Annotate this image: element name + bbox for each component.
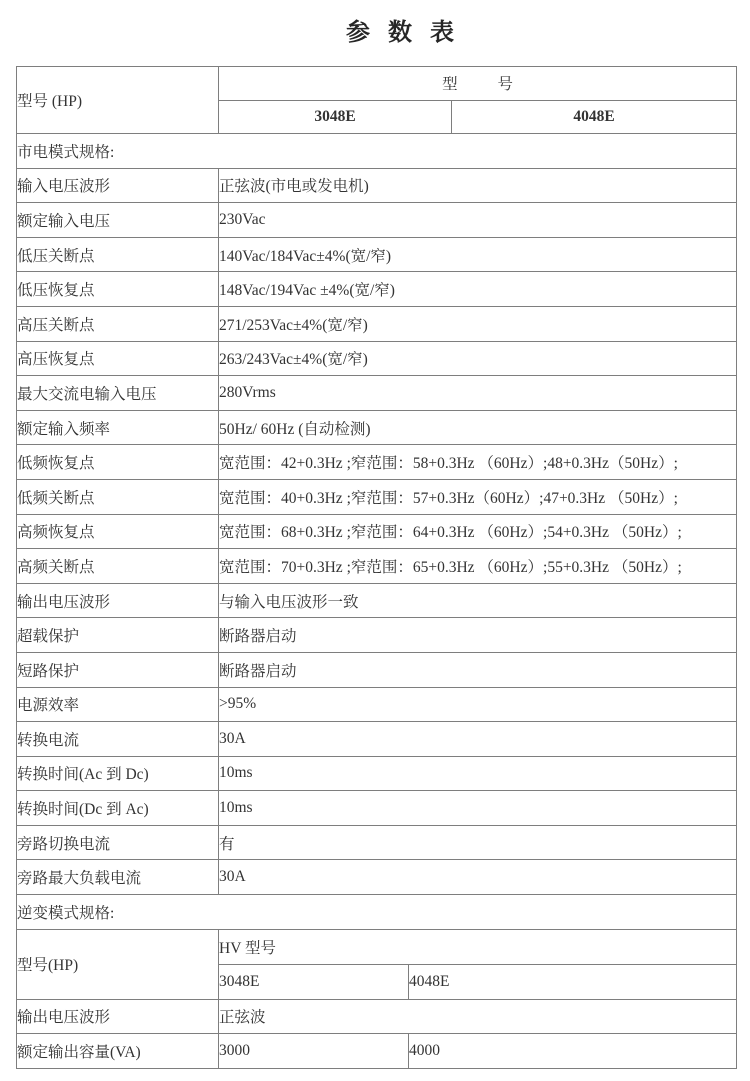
table-row: 输入电压波形 正弦波(市电或发电机) (17, 168, 737, 203)
table-row: 旁路最大负载电流 30A (17, 860, 737, 895)
spec-value-cell: 30A (219, 722, 737, 757)
spec-value-cell: 280Vrms (219, 376, 737, 411)
spec-value-cell: 148Vac/194Vac ±4%(宽/窄) (219, 272, 737, 307)
spec-label-cell: 旁路最大负载电流 (17, 860, 219, 895)
spec-label-cell: 短路保护 (17, 652, 219, 687)
spec-label-cell: 输入电压波形 (17, 168, 219, 203)
spec-label-cell: 转换电流 (17, 722, 219, 757)
table-row: 低频恢复点 宽范围：42+0.3Hz ;窄范围：58+0.3Hz （60Hz）;… (17, 445, 737, 480)
spec-value-cell: 50Hz/ 60Hz (自动检测) (219, 410, 737, 445)
spec-value-cell: 正弦波(市电或发电机) (219, 168, 737, 203)
section-heading-cell: 逆变模式规格: (17, 895, 737, 930)
table-row: 高压关断点 271/253Vac±4%(宽/窄) (17, 306, 737, 341)
spec-value-cell: >95% (219, 687, 737, 722)
spec-label-cell: 额定输入频率 (17, 410, 219, 445)
table-header-row: 型号 (HP) 型 号 (17, 67, 737, 101)
table-row: 转换时间(Dc 到 Ac) 10ms (17, 791, 737, 826)
spec-value-cell: 140Vac/184Vac±4%(宽/窄) (219, 237, 737, 272)
table-row: 最大交流电输入电压 280Vrms (17, 376, 737, 411)
table-row: 低频关断点 宽范围：40+0.3Hz ;窄范围：57+0.3Hz（60Hz）;4… (17, 479, 737, 514)
table-row: 型号(HP) HV 型号 (17, 929, 737, 964)
spec-label-cell: 额定输出容量(VA) (17, 1034, 219, 1069)
spec-value-cell: 宽范围：70+0.3Hz ;窄范围：65+0.3Hz （60Hz）;55+0.3… (219, 549, 737, 584)
spec-label-cell: 输出电压波形 (17, 999, 219, 1034)
model-row-label-cell: 型号(HP) (17, 929, 219, 999)
spec-label-cell: 转换时间(Ac 到 Dc) (17, 756, 219, 791)
spec-label-cell: 旁路切换电流 (17, 825, 219, 860)
table-row: 转换时间(Ac 到 Dc) 10ms (17, 756, 737, 791)
spec-label-cell: 输出电压波形 (17, 583, 219, 618)
spec-label-cell: 低频关断点 (17, 479, 219, 514)
table-row: 高频关断点 宽范围：70+0.3Hz ;窄范围：65+0.3Hz （60Hz）;… (17, 549, 737, 584)
table-row: 超载保护 断路器启动 (17, 618, 737, 653)
page-title: 参 数 表 (0, 12, 750, 47)
hv-model-header-cell: HV 型号 (219, 929, 737, 964)
spec-label-cell: 最大交流电输入电压 (17, 376, 219, 411)
spec-value-cell: 230Vac (219, 203, 737, 238)
spec-label-cell: 高压恢复点 (17, 341, 219, 376)
spec-label-cell: 低频恢复点 (17, 445, 219, 480)
section-heading-cell: 市电模式规格: (17, 134, 737, 169)
table-row: 高频恢复点 宽范围：68+0.3Hz ;窄范围：64+0.3Hz （60Hz）;… (17, 514, 737, 549)
table-row: 输出电压波形 与输入电压波形一致 (17, 583, 737, 618)
document-page: 参 数 表 型号 (HP) 型 号 3048E 4048E 市电模式规格: 输入… (0, 0, 750, 1081)
spec-label-cell: 额定输入电压 (17, 203, 219, 238)
spec-value-cell: 与输入电压波形一致 (219, 583, 737, 618)
table-row: 转换电流 30A (17, 722, 737, 757)
spec-value-cell: 宽范围：42+0.3Hz ;窄范围：58+0.3Hz （60Hz）;48+0.3… (219, 445, 737, 480)
spec-value-cell: 正弦波 (219, 999, 737, 1034)
spec-value-cell: 宽范围：40+0.3Hz ;窄范围：57+0.3Hz（60Hz）;47+0.3H… (219, 479, 737, 514)
spec-value-cell: 断路器启动 (219, 618, 737, 653)
spec-value-cell: 10ms (219, 756, 737, 791)
spec-value-cell: 断路器启动 (219, 652, 737, 687)
model-name-cell: 3048E (219, 100, 452, 134)
spec-value-cell: 宽范围：68+0.3Hz ;窄范围：64+0.3Hz （60Hz）;54+0.3… (219, 514, 737, 549)
spec-label-cell: 电源效率 (17, 687, 219, 722)
spec-value-cell: 263/243Vac±4%(宽/窄) (219, 341, 737, 376)
spec-table: 型号 (HP) 型 号 3048E 4048E 市电模式规格: 输入电压波形 正… (16, 66, 737, 1069)
spec-value-cell: 3000 (219, 1034, 409, 1069)
table-row: 旁路切换电流 有 (17, 825, 737, 860)
table-row: 额定输入频率 50Hz/ 60Hz (自动检测) (17, 410, 737, 445)
table-row: 低压关断点 140Vac/184Vac±4%(宽/窄) (17, 237, 737, 272)
spec-label-cell: 高频恢复点 (17, 514, 219, 549)
spec-label-cell: 低压关断点 (17, 237, 219, 272)
spec-label-cell: 转换时间(Dc 到 Ac) (17, 791, 219, 826)
table-row: 电源效率 >95% (17, 687, 737, 722)
spec-label-cell: 高压关断点 (17, 306, 219, 341)
model-row-label-cell: 型号 (HP) (17, 67, 219, 134)
table-row: 输出电压波形 正弦波 (17, 999, 737, 1034)
model-name-cell: 3048E (219, 964, 409, 999)
model-name-cell: 4048E (409, 964, 737, 999)
spec-value-cell: 271/253Vac±4%(宽/窄) (219, 306, 737, 341)
spec-label-cell: 超载保护 (17, 618, 219, 653)
model-group-header-cell: 型 号 (219, 67, 737, 101)
section-header-row: 逆变模式规格: (17, 895, 737, 930)
table-row: 额定输出容量(VA) 3000 4000 (17, 1034, 737, 1069)
section-header-row: 市电模式规格: (17, 134, 737, 169)
table-row: 高压恢复点 263/243Vac±4%(宽/窄) (17, 341, 737, 376)
table-row: 额定输入电压 230Vac (17, 203, 737, 238)
table-row: 短路保护 断路器启动 (17, 652, 737, 687)
spec-value-cell: 30A (219, 860, 737, 895)
model-name-cell: 4048E (452, 100, 737, 134)
spec-value-cell: 10ms (219, 791, 737, 826)
spec-label-cell: 低压恢复点 (17, 272, 219, 307)
table-row: 低压恢复点 148Vac/194Vac ±4%(宽/窄) (17, 272, 737, 307)
spec-value-cell: 有 (219, 825, 737, 860)
spec-value-cell: 4000 (409, 1034, 737, 1069)
spec-label-cell: 高频关断点 (17, 549, 219, 584)
